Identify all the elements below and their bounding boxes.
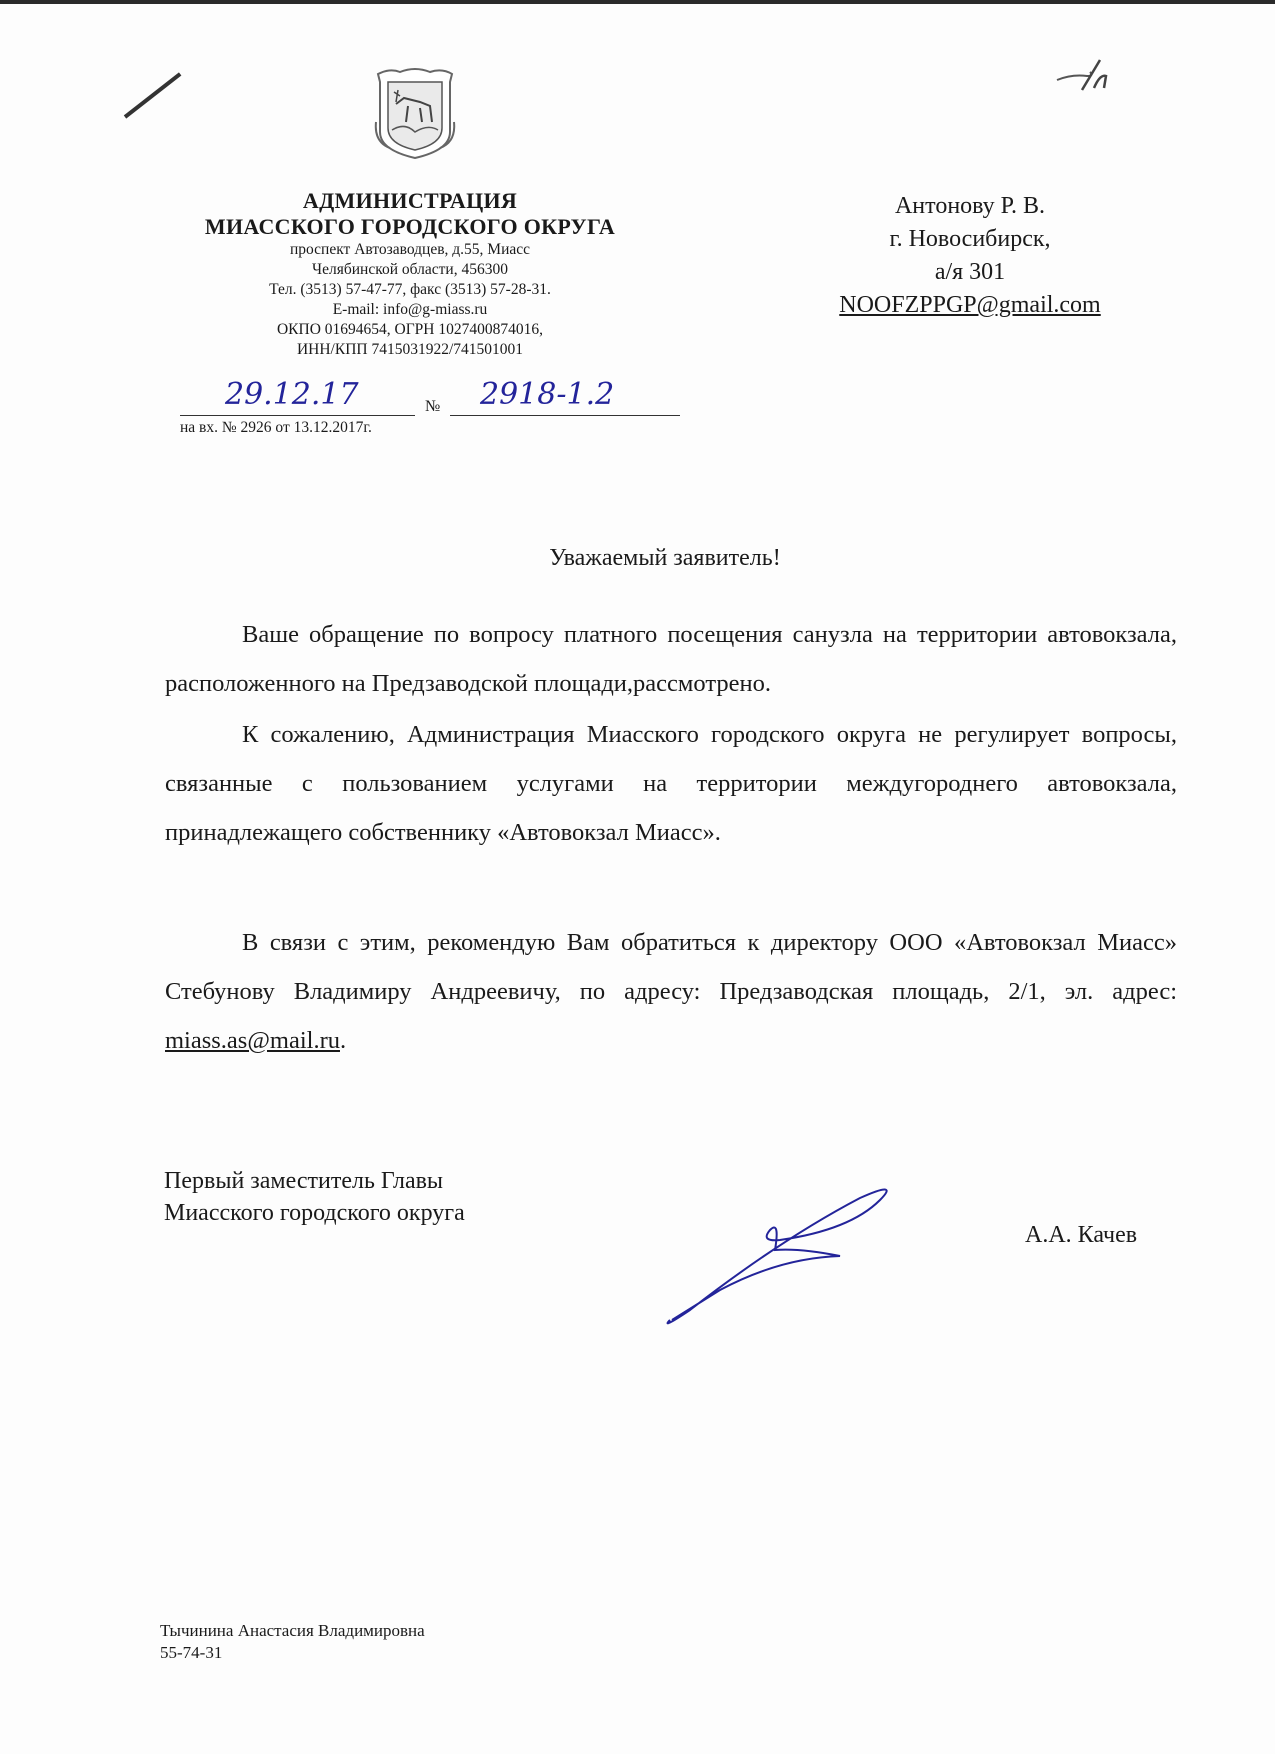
number-sign: № [425,398,440,416]
recipient-name: Антонову Р. В. [800,190,1140,223]
signatory-name: А.А. Качев [1025,1222,1137,1249]
paragraph-2: К сожалению, Администрация Миасского гор… [165,710,1177,857]
executor-phone: 55-74-31 [160,1642,425,1664]
sender-phone: Тел. (3513) 57-47-77, факс (3513) 57-28-… [170,280,650,300]
paragraph-3-end: . [340,1027,346,1054]
signatory-title-line1: Первый заместитель Главы [164,1165,465,1197]
paragraph-3: В связи с этим, рекомендую Вам обратитьс… [165,918,1177,1065]
signatory-title-line2: Миасского городского округа [164,1197,465,1229]
recipient-po-box: а/я 301 [800,256,1140,289]
recipient-block: Антонову Р. В. г. Новосибирск, а/я 301 N… [800,190,1140,322]
handwritten-resolution-mark [1052,52,1132,92]
sender-address-line1: проспект Автозаводцев, д.55, Миасс [170,240,650,260]
bus-station-email: miass.as@mail.ru [165,1027,340,1054]
sender-org-line1: АДМИНИСТРАЦИЯ [170,188,650,214]
sender-okpo-ogrn: ОКПО 01694654, ОГРН 1027400874016, [170,320,650,340]
greeting: Уважаемый заявитель! [150,545,1180,572]
executor-name: Тычинина Анастасия Владимировна [160,1620,425,1642]
executor-block: Тычинина Анастасия Владимировна 55-74-31 [160,1620,425,1664]
pen-stroke-mark [124,72,182,118]
coat-of-arms-icon [370,62,460,162]
scan-top-edge [0,0,1275,4]
handwritten-signature [660,1180,900,1330]
signatory-title: Первый заместитель Главы Миасского город… [164,1165,465,1229]
paragraph-3-text: В связи с этим, рекомендую Вам обратитьс… [165,929,1177,1005]
registration-number: 2918-1.2 [480,377,614,412]
sender-inn-kpp: ИНН/КПП 7415031922/741501001 [170,340,650,360]
registration-date: 29.12.17 [225,377,359,412]
sender-email: E-mail: info@g-miass.ru [170,300,650,320]
recipient-city: г. Новосибирск, [800,223,1140,256]
recipient-email: NOOFZPPGP@gmail.com [800,289,1140,322]
sender-letterhead: АДМИНИСТРАЦИЯ МИАССКОГО ГОРОДСКОГО ОКРУГ… [170,188,650,360]
sender-address-line2: Челябинской области, 456300 [170,260,650,280]
registration-date-field: 29.12.17 [180,383,415,416]
incoming-reference: на вх. № 2926 от 13.12.2017г. [180,419,372,437]
sender-org-line2: МИАССКОГО ГОРОДСКОГО ОКРУГА [170,214,650,240]
paragraph-1: Ваше обращение по вопросу платного посещ… [165,610,1177,708]
registration-number-field: 2918-1.2 [450,383,680,416]
